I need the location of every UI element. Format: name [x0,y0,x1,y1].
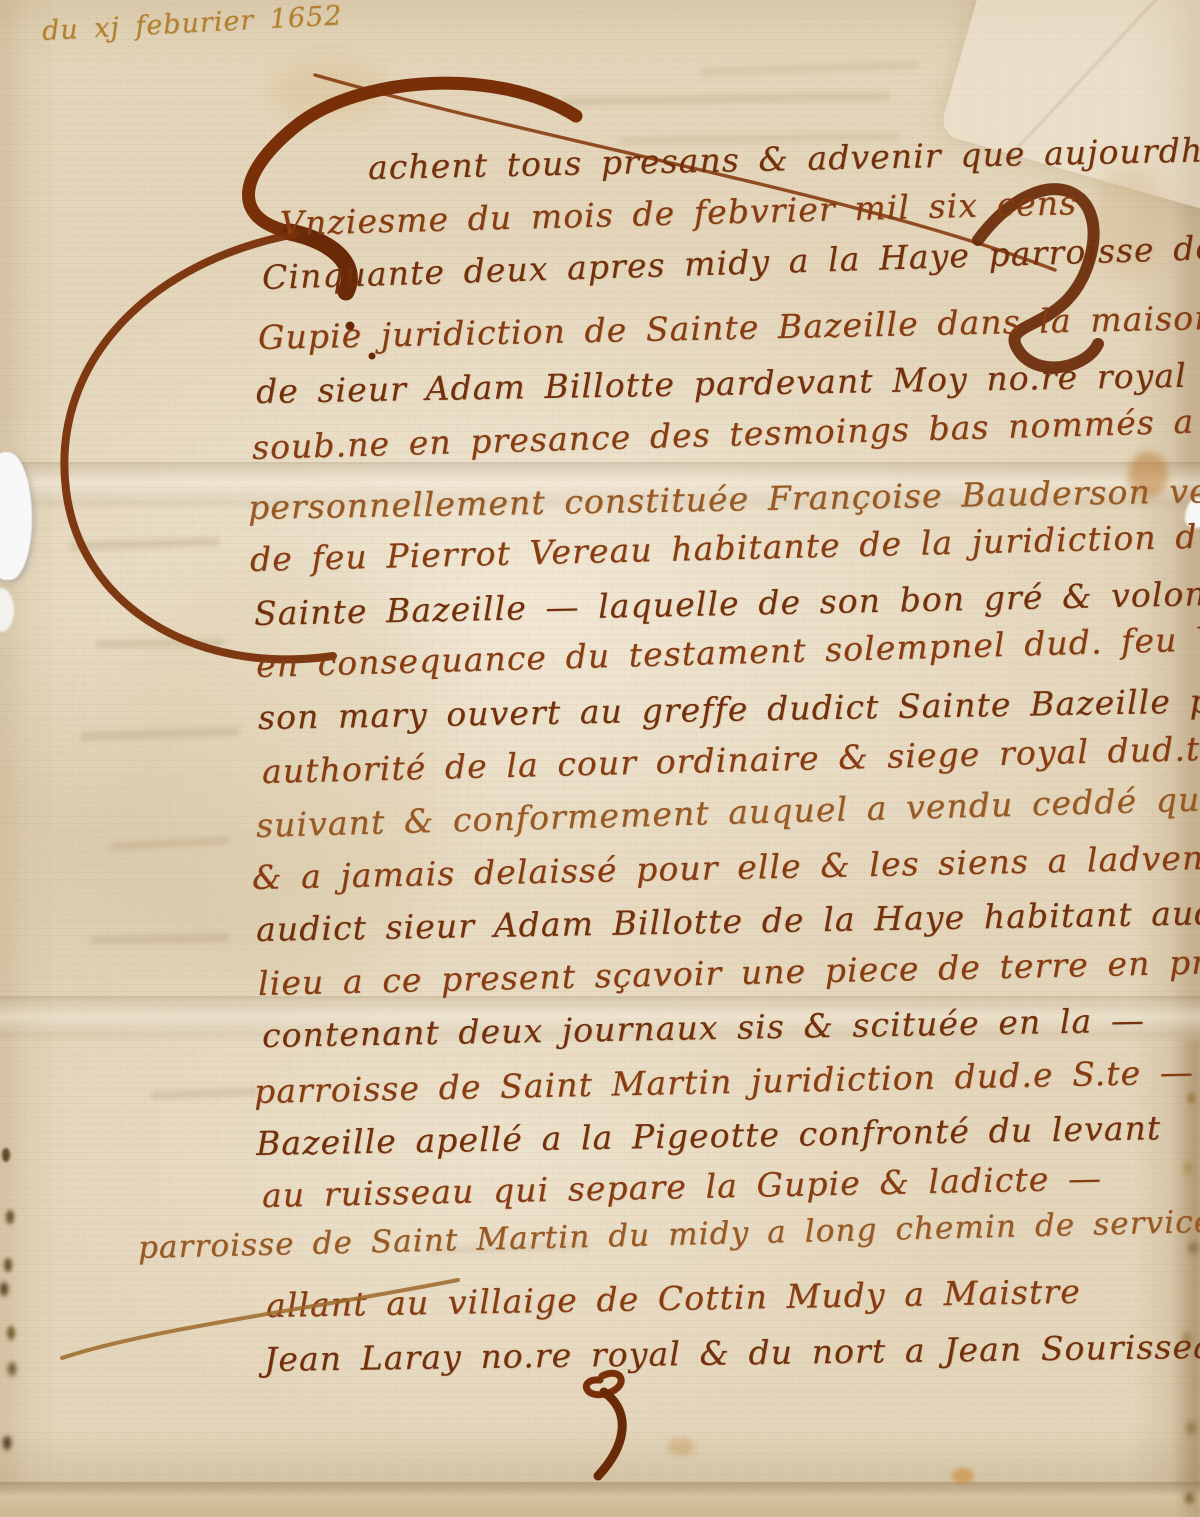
deckle-edge-shade [1174,1040,1200,1517]
manuscript-scan: du xj feburier 1652 achent tous presans … [0,0,1200,1517]
frayed-edge-left [2,1148,10,1162]
bottom-paper-edge [0,1482,1200,1517]
